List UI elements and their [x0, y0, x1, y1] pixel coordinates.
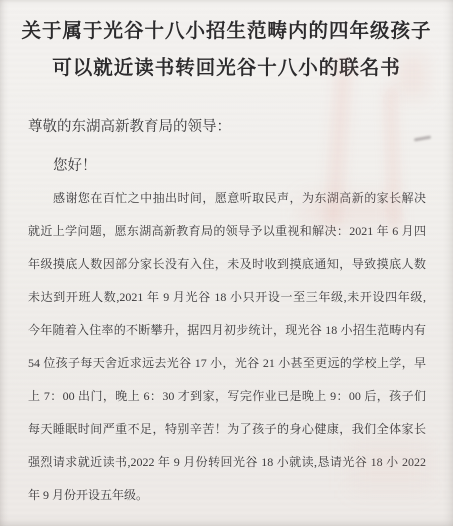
- body-line-3: 年级摸底人数因部分家长没有入住，未及时收到摸底通知，导致摸底人数: [28, 248, 426, 281]
- body-line-2: 就近上学问题，愿东湖高新教育局的领导予以重视和解决：2021 年 6 月四: [28, 215, 426, 248]
- letter-body: 感谢您在百忙之中抽出时间，愿意听取民声，为东湖高新的家长解决 就近上学问题，愿东…: [28, 182, 426, 512]
- title-line-1: 关于属于光谷十八小招生范畴内的四年级孩子: [10, 13, 443, 50]
- body-line-1: 感谢您在百忙之中抽出时间，愿意听取民声，为东湖高新的家长解决: [28, 182, 426, 215]
- greeting-line: 您好！: [28, 156, 425, 177]
- body-line-5: 今年随着入住率的不断攀升，据四月初步统计，现光谷 18 小招生范畴内有: [28, 314, 426, 347]
- title-line-2: 可以就近读书转回光谷十八小的联名书: [10, 50, 443, 87]
- body-line-9: 强烈请求就近读书,2022 年 9 月份转回光谷 18 小就读,恳请光谷 18 …: [28, 446, 426, 479]
- body-line-7: 上 7：00 出门，晚上 6：30 才到家，写完作业已是晚上 9：00 后，孩子…: [28, 380, 426, 413]
- letter-photo: 关于属于光谷十八小招生范畴内的四年级孩子 可以就近读书转回光谷十八小的联名书 尊…: [0, 0, 453, 526]
- body-line-10: 年 9 月份开设五年级。: [28, 479, 426, 512]
- body-line-6: 54 位孩子每天舍近求远去光谷 17 小，光谷 21 小甚至更远的学校上学，早: [28, 347, 426, 380]
- body-line-8: 每天睡眠时间严重不足，特别辛苦！为了孩子的身心健康，我们全体家长: [28, 413, 426, 446]
- letter-title: 关于属于光谷十八小招生范畴内的四年级孩子 可以就近读书转回光谷十八小的联名书: [0, 0, 453, 87]
- body-line-4: 未达到开班人数,2021 年 9 月光谷 18 小只开设一至三年级,未开设四年级…: [28, 281, 426, 314]
- salutation-line: 尊敬的东湖高新教育局的领导：: [28, 117, 425, 138]
